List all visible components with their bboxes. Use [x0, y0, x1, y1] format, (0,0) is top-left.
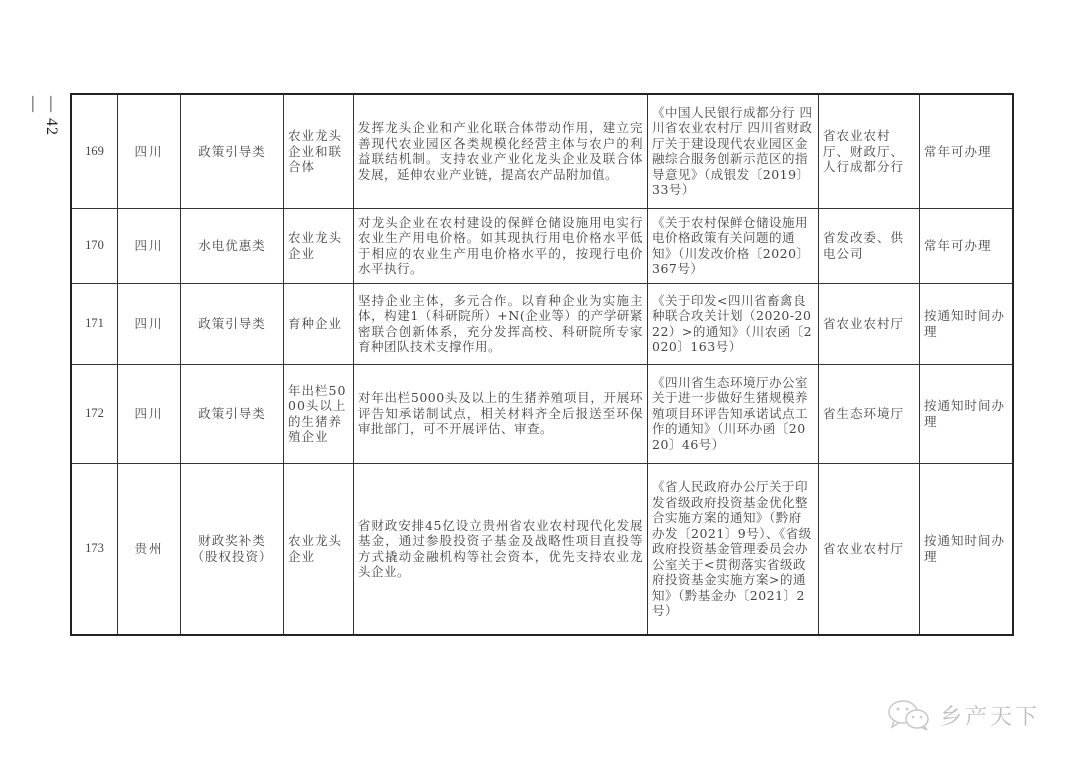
province-cell: 四川: [118, 283, 181, 364]
basis-cell: 《省人民政府办公厅关于印发省级政府投资基金优化整合实施方案的通知》（黔府办发〔2…: [648, 463, 819, 635]
content-cell: 对龙头企业在农村建设的保鲜仓储设施用电实行农业生产用电价格。如其现执行用电价格水…: [354, 208, 648, 283]
content-cell: 省财政安排45亿设立贵州省农业农村现代化发展基金，通过参股投资子基金及战略性项目…: [354, 463, 648, 635]
target-cell: 农业龙头企业: [284, 463, 354, 635]
province-cell: 贵州: [118, 463, 181, 635]
target-cell: 农业龙头企业: [284, 208, 354, 283]
policy-type-cell: 政策引导类: [181, 364, 284, 463]
table-row: 169 四川 政策引导类 农业龙头企业和联合体 发挥龙头企业和产业化联合体带动作…: [71, 94, 1013, 208]
content-cell: 发挥龙头企业和产业化联合体带动作用，建立完善现代农业园区各类规模化经营主体与农户…: [354, 94, 648, 208]
basis-cell: 《中国人民银行成都分行 四川省农业农村厅 四川省财政厅关于建设现代农业园区金融综…: [648, 94, 819, 208]
row-number: 173: [71, 463, 118, 635]
content-cell: 对年出栏5000头及以上的生猪养殖项目，开展环评告知承诺制试点，相关材料齐全后报…: [354, 364, 648, 463]
row-number: 172: [71, 364, 118, 463]
province-cell: 四川: [118, 364, 181, 463]
basis-cell: 《关于农村保鲜仓储设施用电价格政策有关问题的通知》（川发改价格〔2020〕367…: [648, 208, 819, 283]
target-cell: 年出栏5000头以上的生猪养殖企业: [284, 364, 354, 463]
province-cell: 四川: [118, 208, 181, 283]
time-cell: 常年可办理: [920, 94, 1014, 208]
time-cell: 常年可办理: [920, 208, 1014, 283]
table-row: 170 四川 水电优惠类 农业龙头企业 对龙头企业在农村建设的保鲜仓储设施用电实…: [71, 208, 1013, 283]
time-cell: 按通知时间办理: [920, 364, 1014, 463]
wechat-icon: [886, 698, 934, 732]
time-cell: 按通知时间办理: [920, 463, 1014, 635]
department-cell: 省生态环境厅: [819, 364, 920, 463]
basis-cell: 《关于印发<四川省畜禽良种联合攻关计划（2020-2022）>的通知》（川农函〔…: [648, 283, 819, 364]
province-cell: 四川: [118, 94, 181, 208]
target-cell: 农业龙头企业和联合体: [284, 94, 354, 208]
policy-type-cell: 政策引导类: [181, 94, 284, 208]
row-number: 171: [71, 283, 118, 364]
basis-cell: 《四川省生态环境厅办公室关于进一步做好生猪规模养殖项目环评告知承诺试点工作的通知…: [648, 364, 819, 463]
table-row: 173 贵州 财政奖补类（股权投资） 农业龙头企业 省财政安排45亿设立贵州省农…: [71, 463, 1013, 635]
watermark: 乡产天下: [886, 698, 1040, 732]
content-cell: 坚持企业主体，多元合作。以育种企业为实施主体，构建1（科研院所）+N(企业等）的…: [354, 283, 648, 364]
policy-table: 169 四川 政策引导类 农业龙头企业和联合体 发挥龙头企业和产业化联合体带动作…: [70, 93, 1014, 636]
department-cell: 省发改委、供电公司: [819, 208, 920, 283]
row-number: 169: [71, 94, 118, 208]
department-cell: 省农业农村厅: [819, 283, 920, 364]
row-number: 170: [71, 208, 118, 283]
department-cell: 省农业农村厅、财政厅、人行成都分行: [819, 94, 920, 208]
policy-type-cell: 水电优惠类: [181, 208, 284, 283]
table-row: 172 四川 政策引导类 年出栏5000头以上的生猪养殖企业 对年出栏5000头…: [71, 364, 1013, 463]
table-row: 171 四川 政策引导类 育种企业 坚持企业主体，多元合作。以育种企业为实施主体…: [71, 283, 1013, 364]
page-number: — 42 —: [30, 96, 54, 156]
target-cell: 育种企业: [284, 283, 354, 364]
time-cell: 按通知时间办理: [920, 283, 1014, 364]
watermark-text: 乡产天下: [940, 700, 1040, 731]
department-cell: 省农业农村厅: [819, 463, 920, 635]
policy-type-cell: 财政奖补类（股权投资）: [181, 463, 284, 635]
policy-type-cell: 政策引导类: [181, 283, 284, 364]
